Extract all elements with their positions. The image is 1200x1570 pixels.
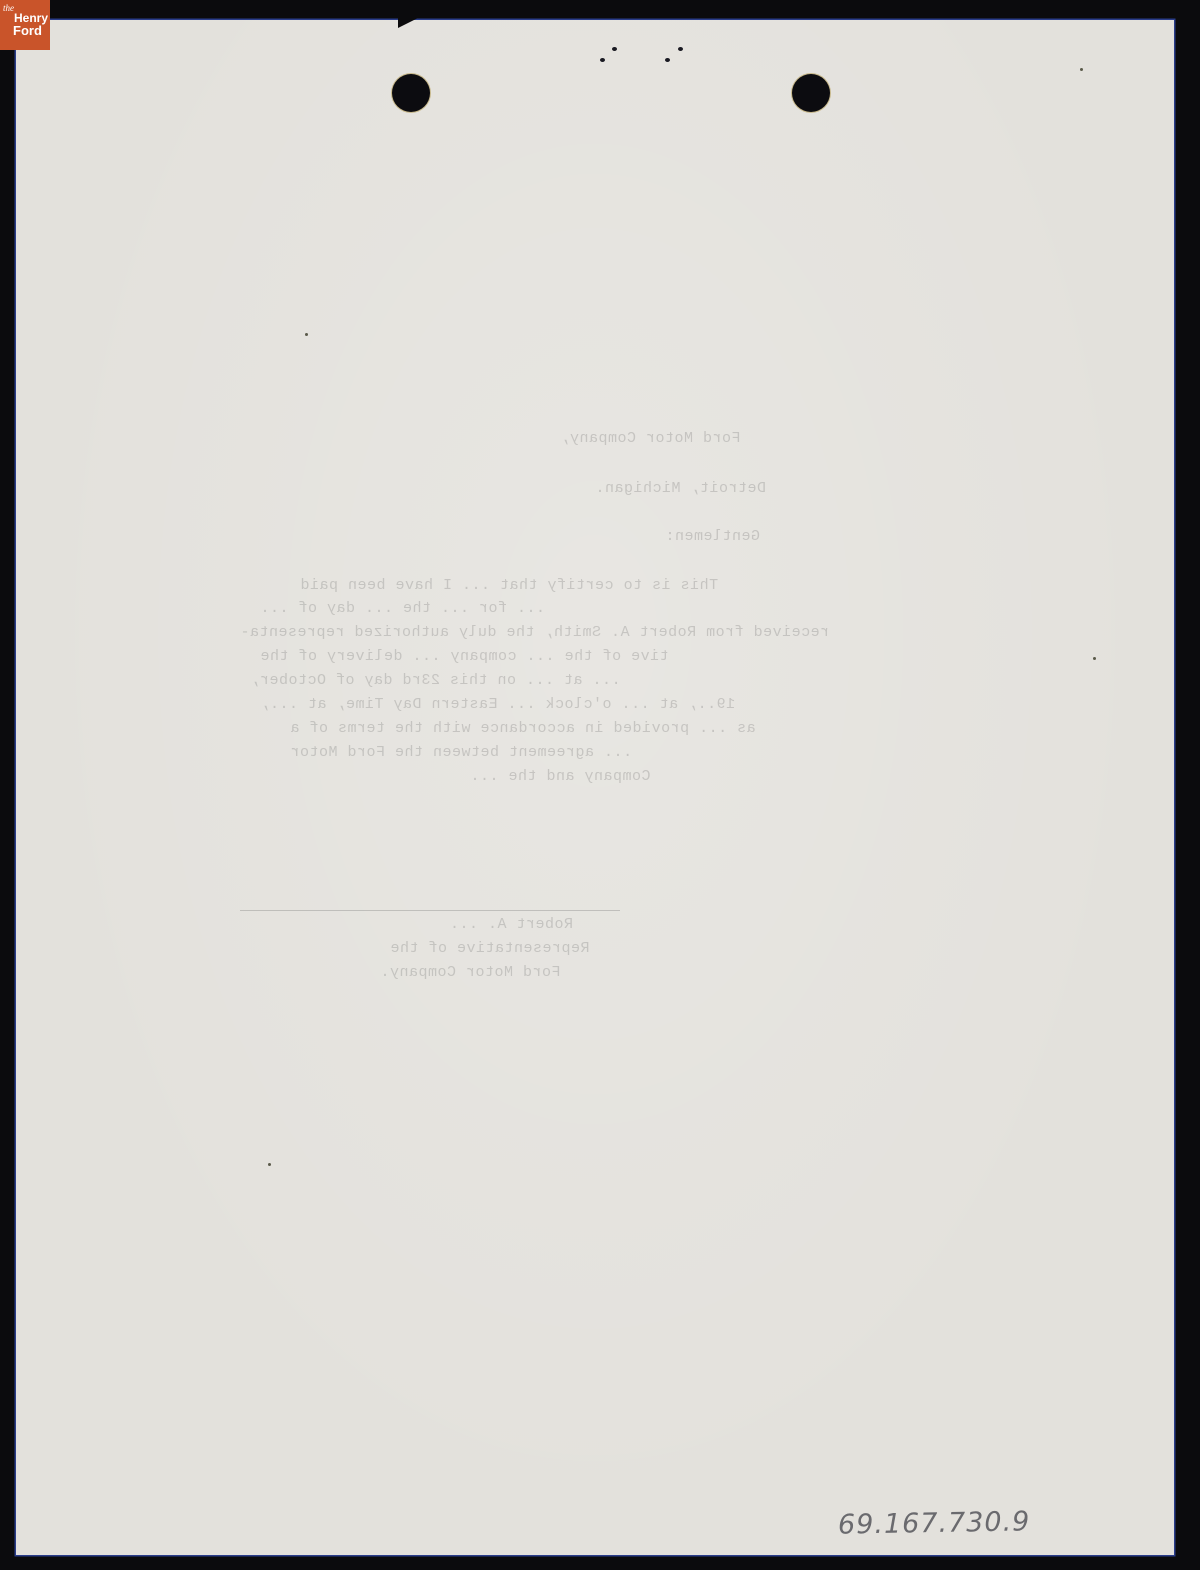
paper-speck: [305, 333, 308, 336]
paper-tear: [398, 18, 418, 28]
pin-hole: [665, 58, 670, 62]
bleed-line: This is to certify that ... I have been …: [300, 577, 718, 594]
bleed-line: as ... provided in accordance with the t…: [290, 720, 756, 737]
bleed-line: tive of the ... company ... delivery of …: [260, 648, 669, 665]
logo-line-2: Ford: [3, 24, 48, 37]
pin-hole: [600, 58, 605, 62]
bleed-line: 19.., at ... o'clock ... Eastern Day Tim…: [260, 696, 735, 713]
signature-title: Representative of the: [390, 940, 590, 957]
punch-hole-left: [392, 74, 430, 112]
paper-speck: [1093, 657, 1096, 660]
paper-speck: [1080, 68, 1083, 71]
bleed-line: Gentlemen:: [665, 528, 760, 545]
signature-name: Robert A. ...: [440, 916, 573, 933]
signature-line: [240, 910, 620, 911]
punch-hole-right: [792, 74, 830, 112]
bleed-line: ... agreement between the Ford Motor: [290, 744, 632, 761]
bleed-line: Ford Motor Company,: [560, 430, 741, 447]
signature-company: Ford Motor Company.: [380, 964, 561, 981]
bleed-line: ... at ... on this 23rd day of October,: [250, 672, 621, 689]
henry-ford-logo: the Henry Ford: [0, 0, 50, 50]
paper-speck: [268, 1163, 271, 1166]
bleed-line: Company and the ...: [470, 768, 651, 785]
catalog-number: 69.167.730.9: [838, 1506, 1031, 1540]
bleed-line: ... for ... the ... day of ...: [260, 600, 545, 617]
document-page: [16, 20, 1174, 1555]
bleed-line: Detroit, Michigan.: [595, 480, 766, 497]
pin-hole: [678, 47, 683, 51]
bleed-line: received from Robert A. Smith, the duly …: [240, 624, 829, 641]
pin-hole: [612, 47, 617, 51]
